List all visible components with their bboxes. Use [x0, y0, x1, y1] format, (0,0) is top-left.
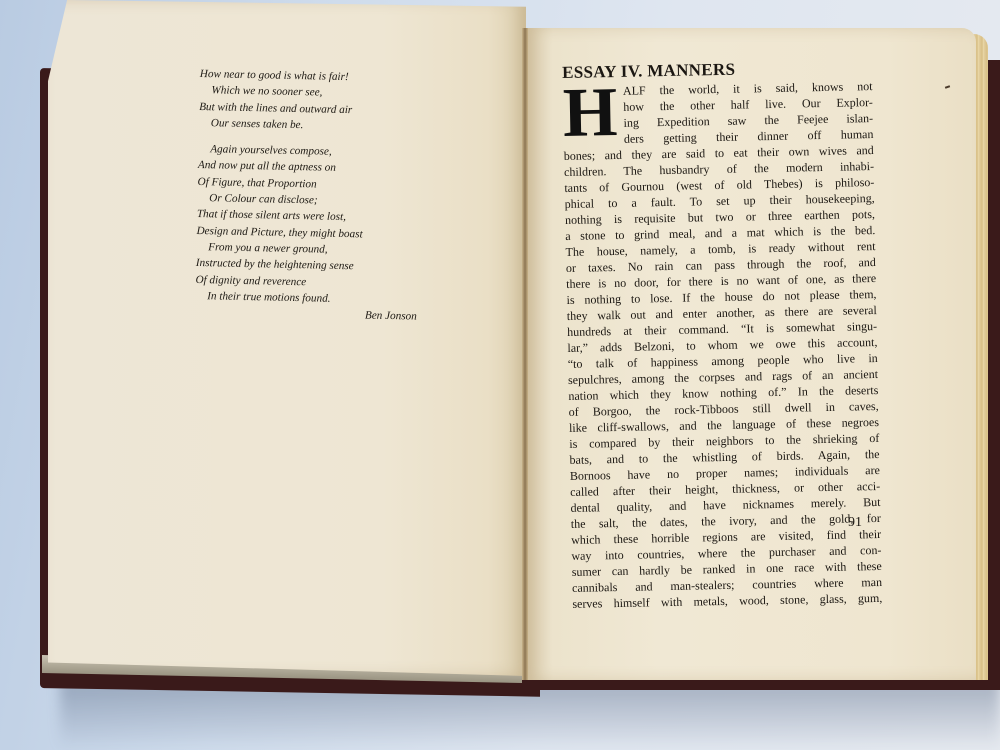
book-gutter [522, 28, 528, 680]
essay: ESSAY IV. MANNERS H ALF the world, it is… [562, 58, 882, 612]
poem-attribution: Ben Jonson [195, 304, 425, 325]
essay-body: bones; and they are said to eat their ow… [564, 142, 883, 612]
poem-line: Our senses taken be. [199, 115, 429, 136]
poem: How near to good is what is fair! Which … [194, 66, 429, 335]
page-number: 91 [848, 515, 862, 531]
essay-opening: H ALF the world, it is said, knows not h… [562, 78, 873, 148]
drop-cap: H [562, 85, 618, 142]
poem-stanza-1: How near to good is what is fair! Which … [199, 66, 430, 136]
poem-stanza-2: Again yourselves compose, And now put al… [195, 141, 429, 325]
